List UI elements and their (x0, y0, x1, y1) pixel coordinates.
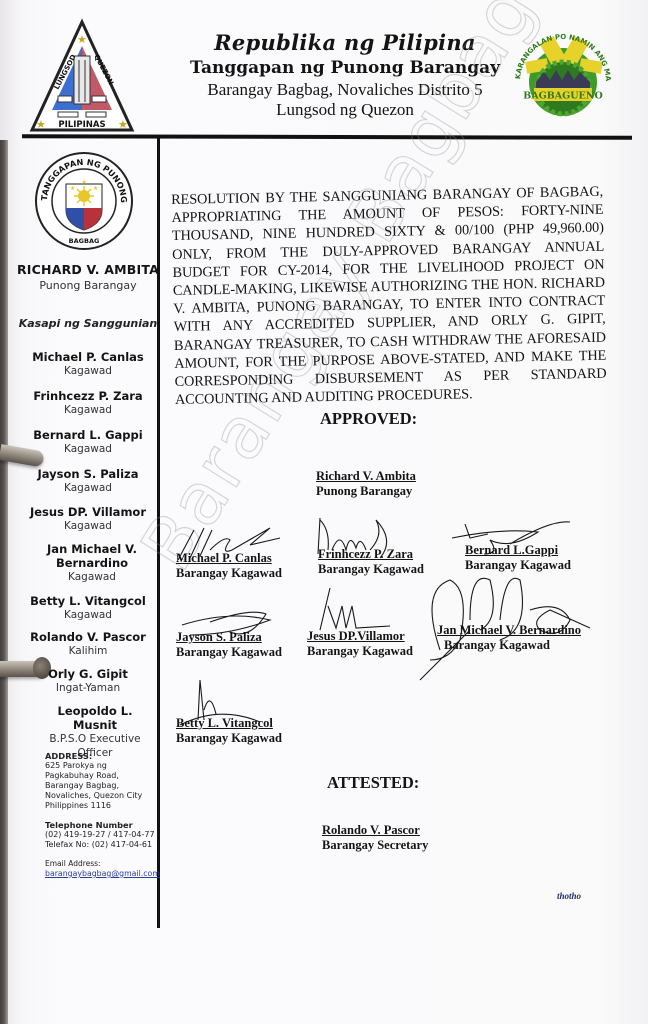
council-member: Jayson S. Paliza Kagawad (14, 467, 162, 495)
member-position: Kagawad (14, 364, 162, 378)
council-member: Frinhcezz P. Zara Kagawad (14, 389, 162, 417)
member-position: Kagawad (14, 608, 162, 622)
member-position: Kagawad (14, 403, 162, 417)
signatory-block: Jayson S. Paliza Barangay Kagawad (176, 630, 282, 660)
signatory-name: Frinhcezz P. Zara (318, 547, 424, 562)
quezon-city-seal-icon: PILIPINAS LUNGSOD QUEZON ★ ★ ★ (28, 18, 136, 136)
punong-barangay-seal-icon: ★ ★ ★ TANGGAPAN NG PUNONG BARANGAY BAGBA… (33, 150, 135, 252)
approver-block: Richard V. Ambita Punong Barangay (316, 469, 416, 499)
email-link[interactable]: barangaybagbag@gmail.com (45, 869, 157, 879)
binder-edge (0, 140, 8, 1024)
svg-text:★: ★ (36, 119, 46, 131)
member-position: Kagawad (42, 570, 142, 584)
signatory-name: Jan Michael V. Bernardino (437, 623, 581, 638)
council-member: Jan Michael V. Bernardino Kagawad (42, 542, 142, 584)
signatory-position: Barangay Kagawad (176, 645, 282, 660)
header-divider (22, 134, 632, 140)
signatory-name: Jesus DP.Villamor (307, 629, 413, 644)
member-name: Jan Michael V. Bernardino (42, 542, 142, 570)
signatory-block: Michael P. Canlas Barangay Kagawad (176, 551, 282, 581)
signatory-block: Bernard L.Gappi Barangay Kagawad (465, 543, 571, 573)
signatory-block: Jesus DP.Villamor Barangay Kagawad (307, 629, 413, 659)
signatory-name: Bernard L.Gappi (465, 543, 571, 558)
approved-heading: APPROVED: (320, 409, 417, 429)
member-position: Kalihim (14, 644, 162, 658)
member-name: Frinhcezz P. Zara (14, 389, 162, 403)
svg-text:★: ★ (118, 119, 128, 131)
member-name: Orly G. Gipit (14, 667, 162, 681)
member-position: Kagawad (14, 481, 162, 495)
attested-heading: ATTESTED: (327, 773, 419, 793)
signatory-name: Jayson S. Paliza (176, 630, 282, 645)
svg-text:★: ★ (70, 185, 75, 192)
signatory-name: Michael P. Canlas (176, 551, 282, 566)
member-name: Jayson S. Paliza (14, 467, 162, 481)
signatory-position: Barangay Kagawad (465, 558, 571, 573)
attester-block: Rolando V. Pascor Barangay Secretary (322, 823, 428, 853)
attester-name: Rolando V. Pascor (322, 823, 428, 838)
member-name: Betty L. Vitangcol (14, 594, 162, 608)
telefax-number: Telefax No: (02) 417-04-61 (45, 840, 157, 850)
resolution-text: RESOLUTION BY THE SANGGUNIANG BARANGAY O… (171, 183, 607, 410)
svg-text:★: ★ (93, 185, 98, 192)
svg-text:★: ★ (77, 34, 87, 46)
council-member: Bernard L. Gappi Kagawad (14, 428, 162, 456)
council-member: Michael P. Canlas Kagawad (14, 350, 162, 378)
member-name: Rolando V. Pascor (14, 630, 162, 644)
punong-barangay-position: Punong Barangay (14, 279, 162, 292)
signatory-block: Jan Michael V. Bernardino Barangay Kagaw… (437, 623, 581, 653)
member-name: Michael P. Canlas (14, 350, 162, 364)
council-member: Orly G. Gipit Ingat-Yaman (14, 667, 162, 695)
member-position: Kagawad (14, 442, 162, 456)
signatory-position: Barangay Kagawad (437, 638, 581, 653)
council-heading: Kasapi ng Sanggunian (14, 317, 162, 330)
member-name: Bernard L. Gappi (14, 428, 162, 442)
signatory-position: Barangay Kagawad (307, 644, 413, 659)
contact-block: ADDRESS: 625 Parokya ng Pagkabuhay Road,… (45, 751, 157, 879)
member-position: Ingat-Yaman (14, 681, 162, 695)
svg-text:★: ★ (82, 179, 87, 186)
signatory-position: Barangay Kagawad (176, 731, 282, 746)
approver-position: Punong Barangay (316, 484, 416, 499)
phone-number: (02) 419-19-27 / 417-04-77 (45, 830, 157, 840)
signatory-position: Barangay Kagawad (318, 562, 424, 577)
address-text: 625 Parokya ng Pagkabuhay Road, Barangay… (45, 761, 157, 811)
approver-name: Richard V. Ambita (316, 469, 416, 484)
footer-note: thotho (557, 891, 581, 901)
signatory-position: Barangay Kagawad (176, 566, 282, 581)
svg-text:PILIPINAS: PILIPINAS (58, 120, 105, 130)
attester-position: Barangay Secretary (322, 838, 428, 853)
email-label: Email Address: (45, 859, 157, 869)
signatory-block: Frinhcezz P. Zara Barangay Kagawad (318, 547, 424, 577)
punong-barangay-name: RICHARD V. AMBITA (14, 262, 162, 277)
svg-text:BAGBAG: BAGBAG (69, 237, 100, 245)
member-name: Leopoldo L. Musnit (40, 704, 150, 732)
signatory-block: Betty L. Vitangcol Barangay Kagawad (176, 716, 282, 746)
phone-label: Telephone Number (45, 820, 157, 830)
address-label: ADDRESS: (45, 751, 157, 761)
signatory-name: Betty L. Vitangcol (176, 716, 282, 731)
council-member: Betty L. Vitangcol Kagawad (14, 594, 162, 622)
svg-text:BAGBAGUENO: BAGBAGUENO (523, 91, 603, 102)
council-member: Rolando V. Pascor Kalihim (14, 630, 162, 658)
document-page: PILIPINAS LUNGSOD QUEZON ★ ★ ★ Republika… (0, 0, 648, 1024)
